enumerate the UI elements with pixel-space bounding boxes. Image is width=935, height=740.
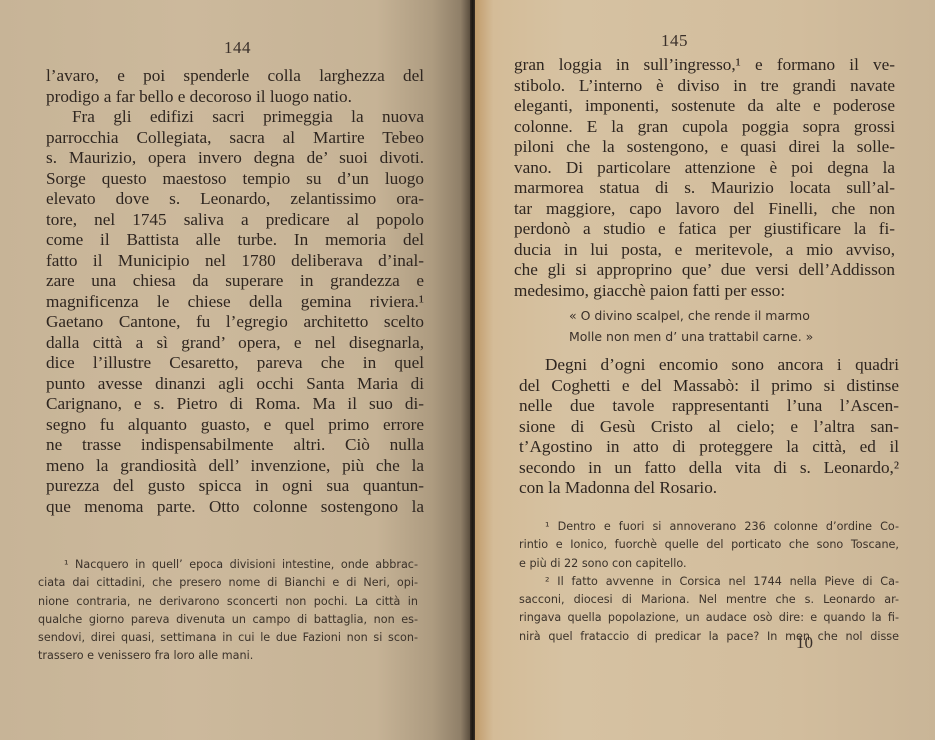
text-line: del Coghetti e del Massabò: il primo si … (519, 376, 899, 397)
text-line: Carignano, e s. Pietro di Roma. Ma il su… (46, 394, 424, 415)
text-line: gran loggia in sull’ingresso,¹ e formano… (514, 55, 895, 76)
left-page: 144 l’avaro, e poi spenderle colla largh… (0, 0, 470, 740)
text-line: ducia in lui posta, e meritevole, a mio … (514, 240, 895, 261)
verse-quote: « O divino scalpel, che rende il marmoMo… (569, 305, 813, 347)
text-line: fatto il Municipio nel 1780 deliberava d… (46, 251, 424, 272)
text-line: nirà quel frataccio di predicar la pace?… (519, 628, 899, 646)
text-line: che gli si approprino que’ due versi del… (514, 260, 895, 281)
text-line: medesimo, giacchè paion fatti per esso: (514, 281, 895, 302)
text-line: nione contraria, ne derivarono sconcerti… (38, 593, 418, 611)
text-line: stibolo. L’interno è diviso in tre grand… (514, 76, 895, 97)
text-line: s. Maurizio, opera invero degna de’ suoi… (46, 148, 424, 169)
footnotes: ¹ Dentro e fuori si annoverano 236 colon… (519, 518, 899, 646)
text-line: ciata dai cittadini, che presero nome di… (38, 574, 418, 592)
text-line: sendovi, direi quasi, settimana in cui l… (38, 629, 418, 647)
text-line: dice l’illustre Cesaretto, pareva che in… (46, 353, 424, 374)
main-text: gran loggia in sull’ingresso,¹ e formano… (514, 55, 895, 301)
text-line: t’Agostino in atto di proteggere la citt… (519, 437, 899, 458)
text-line: tore, nel 1745 saliva a predicare al pop… (46, 210, 424, 231)
text-line: colonne. E la gran cupola poggia sopra g… (514, 117, 895, 138)
text-line: Degni d’ogni encomio sono ancora i quadr… (519, 355, 899, 376)
text-line: ¹ Dentro e fuori si annoverano 236 colon… (519, 518, 899, 536)
text-line: rintio e Ionico, fuorchè quelle del port… (519, 536, 899, 554)
text-line: tar maggiore, capo lavoro del Finelli, c… (514, 199, 895, 220)
text-line: marmorea statua di s. Maurizio locata su… (514, 178, 895, 199)
text-line: secondo in un fatto della vita di s. Leo… (519, 458, 899, 479)
text-line: qualche giorno pareva divenuta un campo … (38, 611, 418, 629)
page-number: 145 (661, 31, 688, 51)
text-line: e più di 22 sono con capitello. (519, 555, 899, 573)
text-line: meno la grandiosità dell’ invenzione, pi… (46, 456, 424, 477)
text-line: sacconi, diocesi di Mariona. Nel mentre … (519, 591, 899, 609)
text-line: zare una chiesa da superare in grandezza… (46, 271, 424, 292)
page-number: 144 (224, 38, 251, 58)
text-line: l’avaro, e poi spenderle colla larghezza… (46, 66, 424, 87)
text-line: Gaetano Cantone, fu l’egregio architetto… (46, 312, 424, 333)
text-line: prodigo a far bello e decoroso il luogo … (46, 87, 424, 108)
text-line: piloni che la sostengono, e quasi direi … (514, 137, 895, 158)
text-line: ne trasse indispensabilmente altri. Ciò … (46, 435, 424, 456)
text-line: dalla città a sì grand’ opera, e nel dis… (46, 333, 424, 354)
signature-mark: 10 (796, 633, 813, 653)
main-text-continued: Degni d’ogni encomio sono ancora i quadr… (519, 355, 899, 499)
text-line: Sorge questo maestoso tempio su d’un luo… (46, 169, 424, 190)
text-line: segno fu alquanto guasto, e quel primo e… (46, 415, 424, 436)
verse-line: « O divino scalpel, che rende il marmo (569, 305, 813, 326)
text-line: come il Battista alle turbe. In memoria … (46, 230, 424, 251)
text-line: que menoma parte. Otto colonne sostengon… (46, 497, 424, 518)
text-line: magnificenza le chiese della gemina rivi… (46, 292, 424, 313)
text-line: ¹ Nacquero in quell’ epoca divisioni int… (38, 556, 418, 574)
book-spread: 144 l’avaro, e poi spenderle colla largh… (0, 0, 935, 740)
text-line: nelle due tavole rappresentanti l’una l’… (519, 396, 899, 417)
text-line: con la Madonna del Rosario. (519, 478, 899, 499)
text-line: parrocchia Collegiata, sacra al Martire … (46, 128, 424, 149)
text-line: ² Il fatto avvenne in Corsica nel 1744 n… (519, 573, 899, 591)
text-line: eleganti, imponenti, sostenute da alte e… (514, 96, 895, 117)
text-line: purezza del gusto spicca in ogni sua qua… (46, 476, 424, 497)
verse-line: Molle non men d’ una trattabil carne. » (569, 326, 813, 347)
text-line: punto avesse dinanzi agli occhi Santa Ma… (46, 374, 424, 395)
text-line: ringava quella popolazione, un audace os… (519, 609, 899, 627)
text-line: sione di Gesù Cristo al cielo; e l’altra… (519, 417, 899, 438)
text-line: vano. Di particolare attenzione è poi de… (514, 158, 895, 179)
footnotes: ¹ Nacquero in quell’ epoca divisioni int… (38, 556, 418, 666)
text-line: perdonò a studio e fatica per giustifica… (514, 219, 895, 240)
main-text: l’avaro, e poi spenderle colla larghezza… (46, 66, 424, 517)
text-line: trassero e venissero fra loro alle mani. (38, 647, 418, 665)
text-line: elevato dove s. Leonardo, zelantissimo o… (46, 189, 424, 210)
text-line: Fra gli edifizi sacri primeggia la nuova (46, 107, 424, 128)
right-page: 145 gran loggia in sull’ingresso,¹ e for… (475, 0, 935, 740)
